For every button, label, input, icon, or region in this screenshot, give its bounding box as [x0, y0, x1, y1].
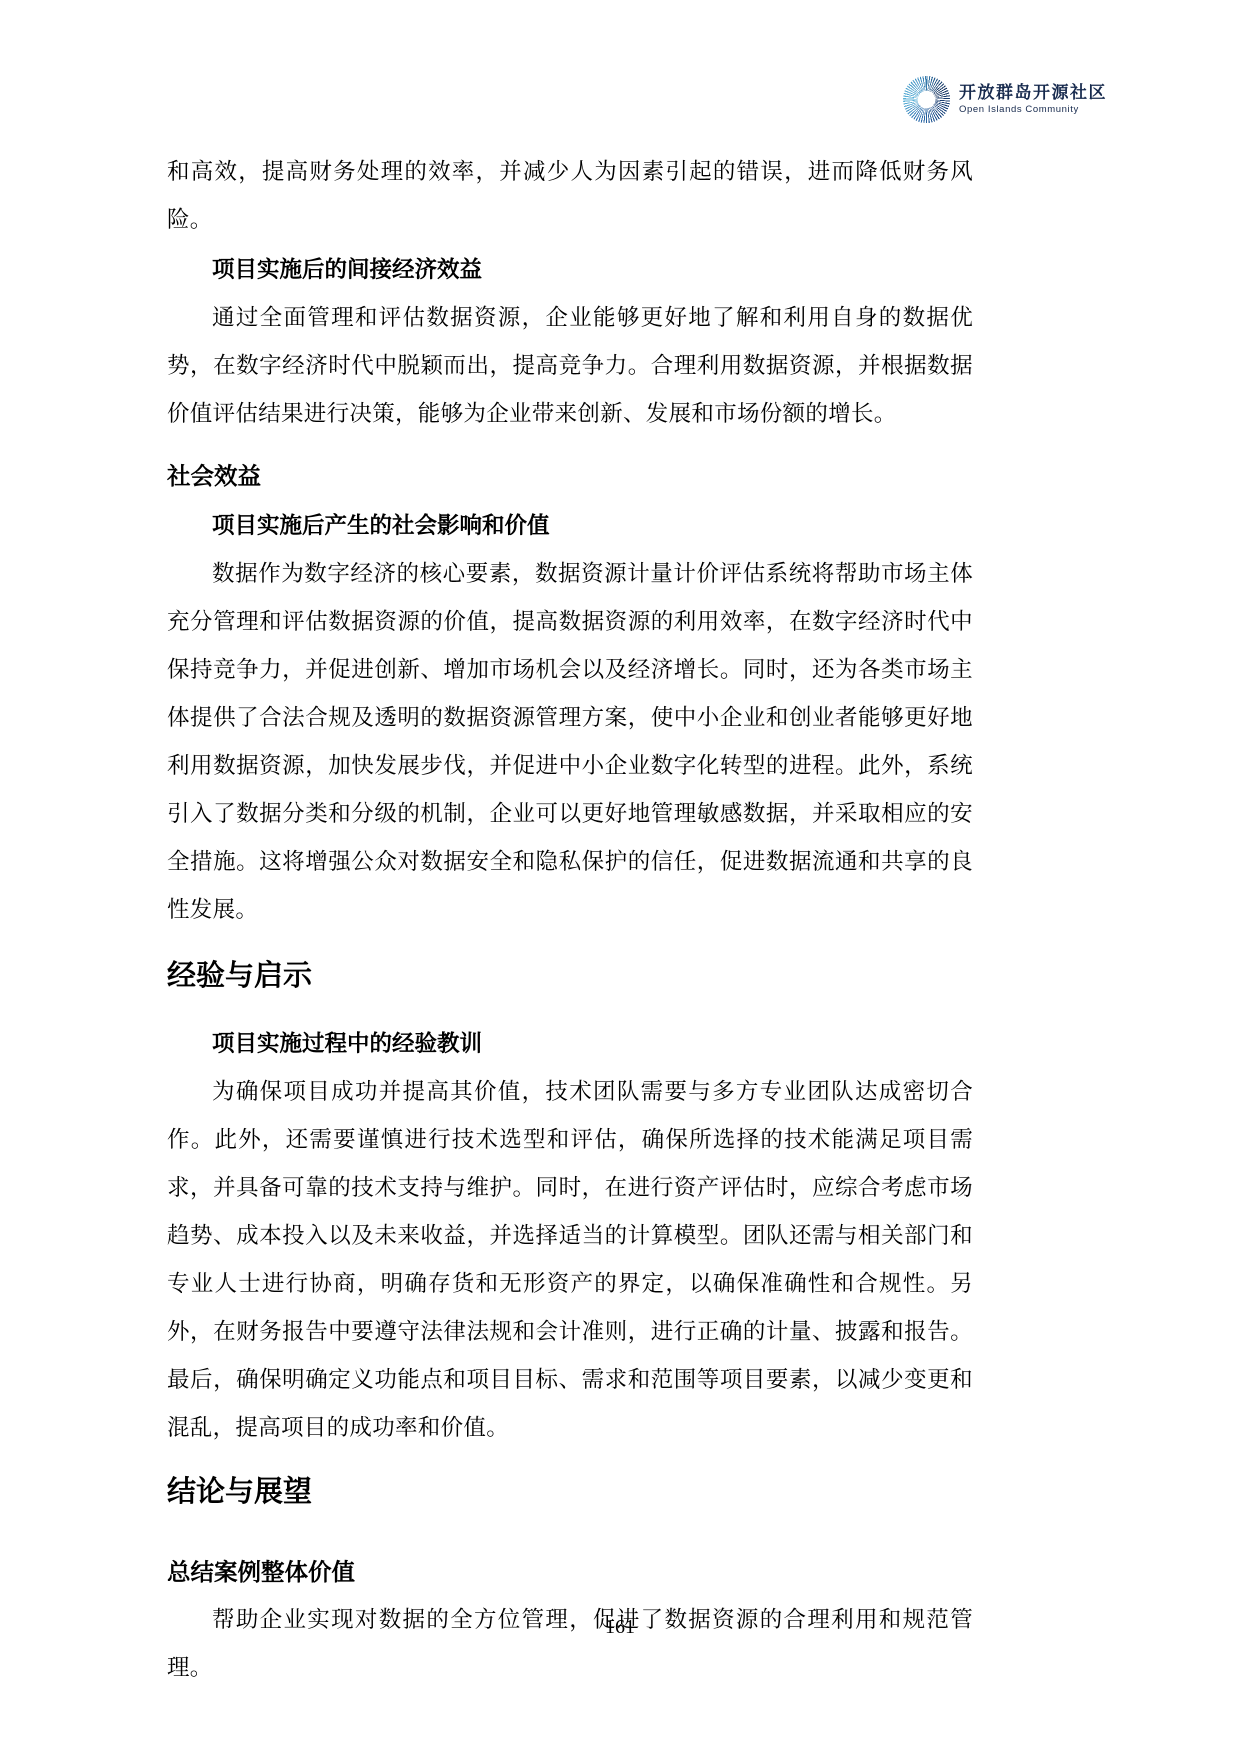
- heading-overall-case-value: 总结案例整体价值: [167, 1548, 973, 1596]
- heading-experience-insights: 经验与启示: [167, 950, 973, 1002]
- paragraph-overall-value: 帮助企业实现对数据的全方位管理，促进了数据资源的合理利用和规范管理。: [167, 1596, 973, 1692]
- paragraph-continuation: 和高效，提高财务处理的效率，并减少人为因素引起的错误，进而降低财务风险。: [167, 148, 973, 244]
- page-number: 161: [0, 1612, 1240, 1642]
- document-page: 开放群岛开源社区 Open Islands Community 和高效，提高财务…: [0, 0, 1240, 1753]
- heading-indirect-economic-benefit: 项目实施后的间接经济效益: [167, 246, 973, 294]
- org-logo: 开放群岛开源社区 Open Islands Community: [903, 76, 1107, 123]
- logo-name-zh: 开放群岛开源社区: [959, 84, 1107, 103]
- sunburst-logo-icon: [903, 76, 950, 123]
- heading-lessons-learned: 项目实施过程中的经验教训: [167, 1020, 973, 1068]
- heading-conclusion-outlook: 结论与展望: [167, 1466, 973, 1518]
- heading-social-benefit: 社会效益: [167, 452, 973, 500]
- logo-name-en: Open Islands Community: [959, 105, 1107, 115]
- heading-social-impact: 项目实施后产生的社会影响和价值: [167, 502, 973, 550]
- logo-text: 开放群岛开源社区 Open Islands Community: [959, 84, 1107, 115]
- document-body: 和高效，提高财务处理的效率，并减少人为因素引起的错误，进而降低财务风险。 项目实…: [167, 148, 973, 1692]
- paragraph-lessons-learned: 为确保项目成功并提高其价值，技术团队需要与多方专业团队达成密切合作。此外，还需要…: [167, 1068, 973, 1452]
- paragraph-social-impact: 数据作为数字经济的核心要素，数据资源计量计价评估系统将帮助市场主体充分管理和评估…: [167, 550, 973, 934]
- paragraph-indirect-benefit: 通过全面管理和评估数据资源，企业能够更好地了解和利用自身的数据优势，在数字经济时…: [167, 294, 973, 438]
